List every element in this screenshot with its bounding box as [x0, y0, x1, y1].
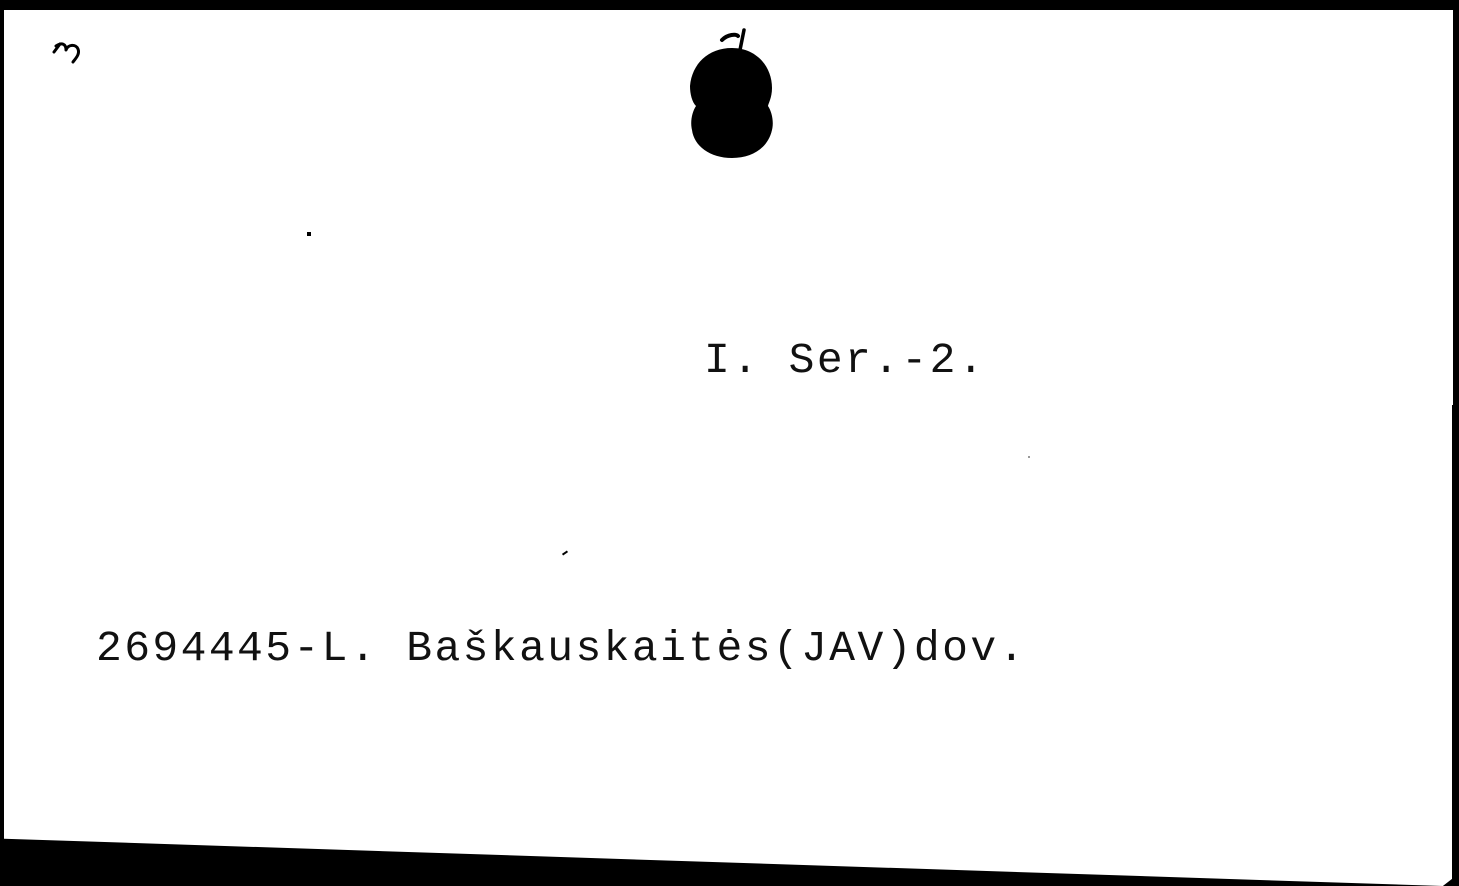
- series-label: I. Ser.-2.: [704, 336, 986, 385]
- scan-speck: [562, 550, 568, 555]
- scan-speck: [1028, 456, 1030, 458]
- record-entry: 2694445-L. Baškauskaitės(JAV)dov.: [96, 624, 1027, 673]
- handwritten-scribble-icon: [48, 32, 88, 72]
- scan-edge-left: [0, 0, 4, 886]
- punch-hole-icon: [686, 26, 780, 162]
- scan-edge-right: [1452, 405, 1459, 886]
- scan-speck: [307, 232, 311, 236]
- index-card: I. Ser.-2. 2694445-L. Baškauskaitės(JAV)…: [4, 10, 1453, 886]
